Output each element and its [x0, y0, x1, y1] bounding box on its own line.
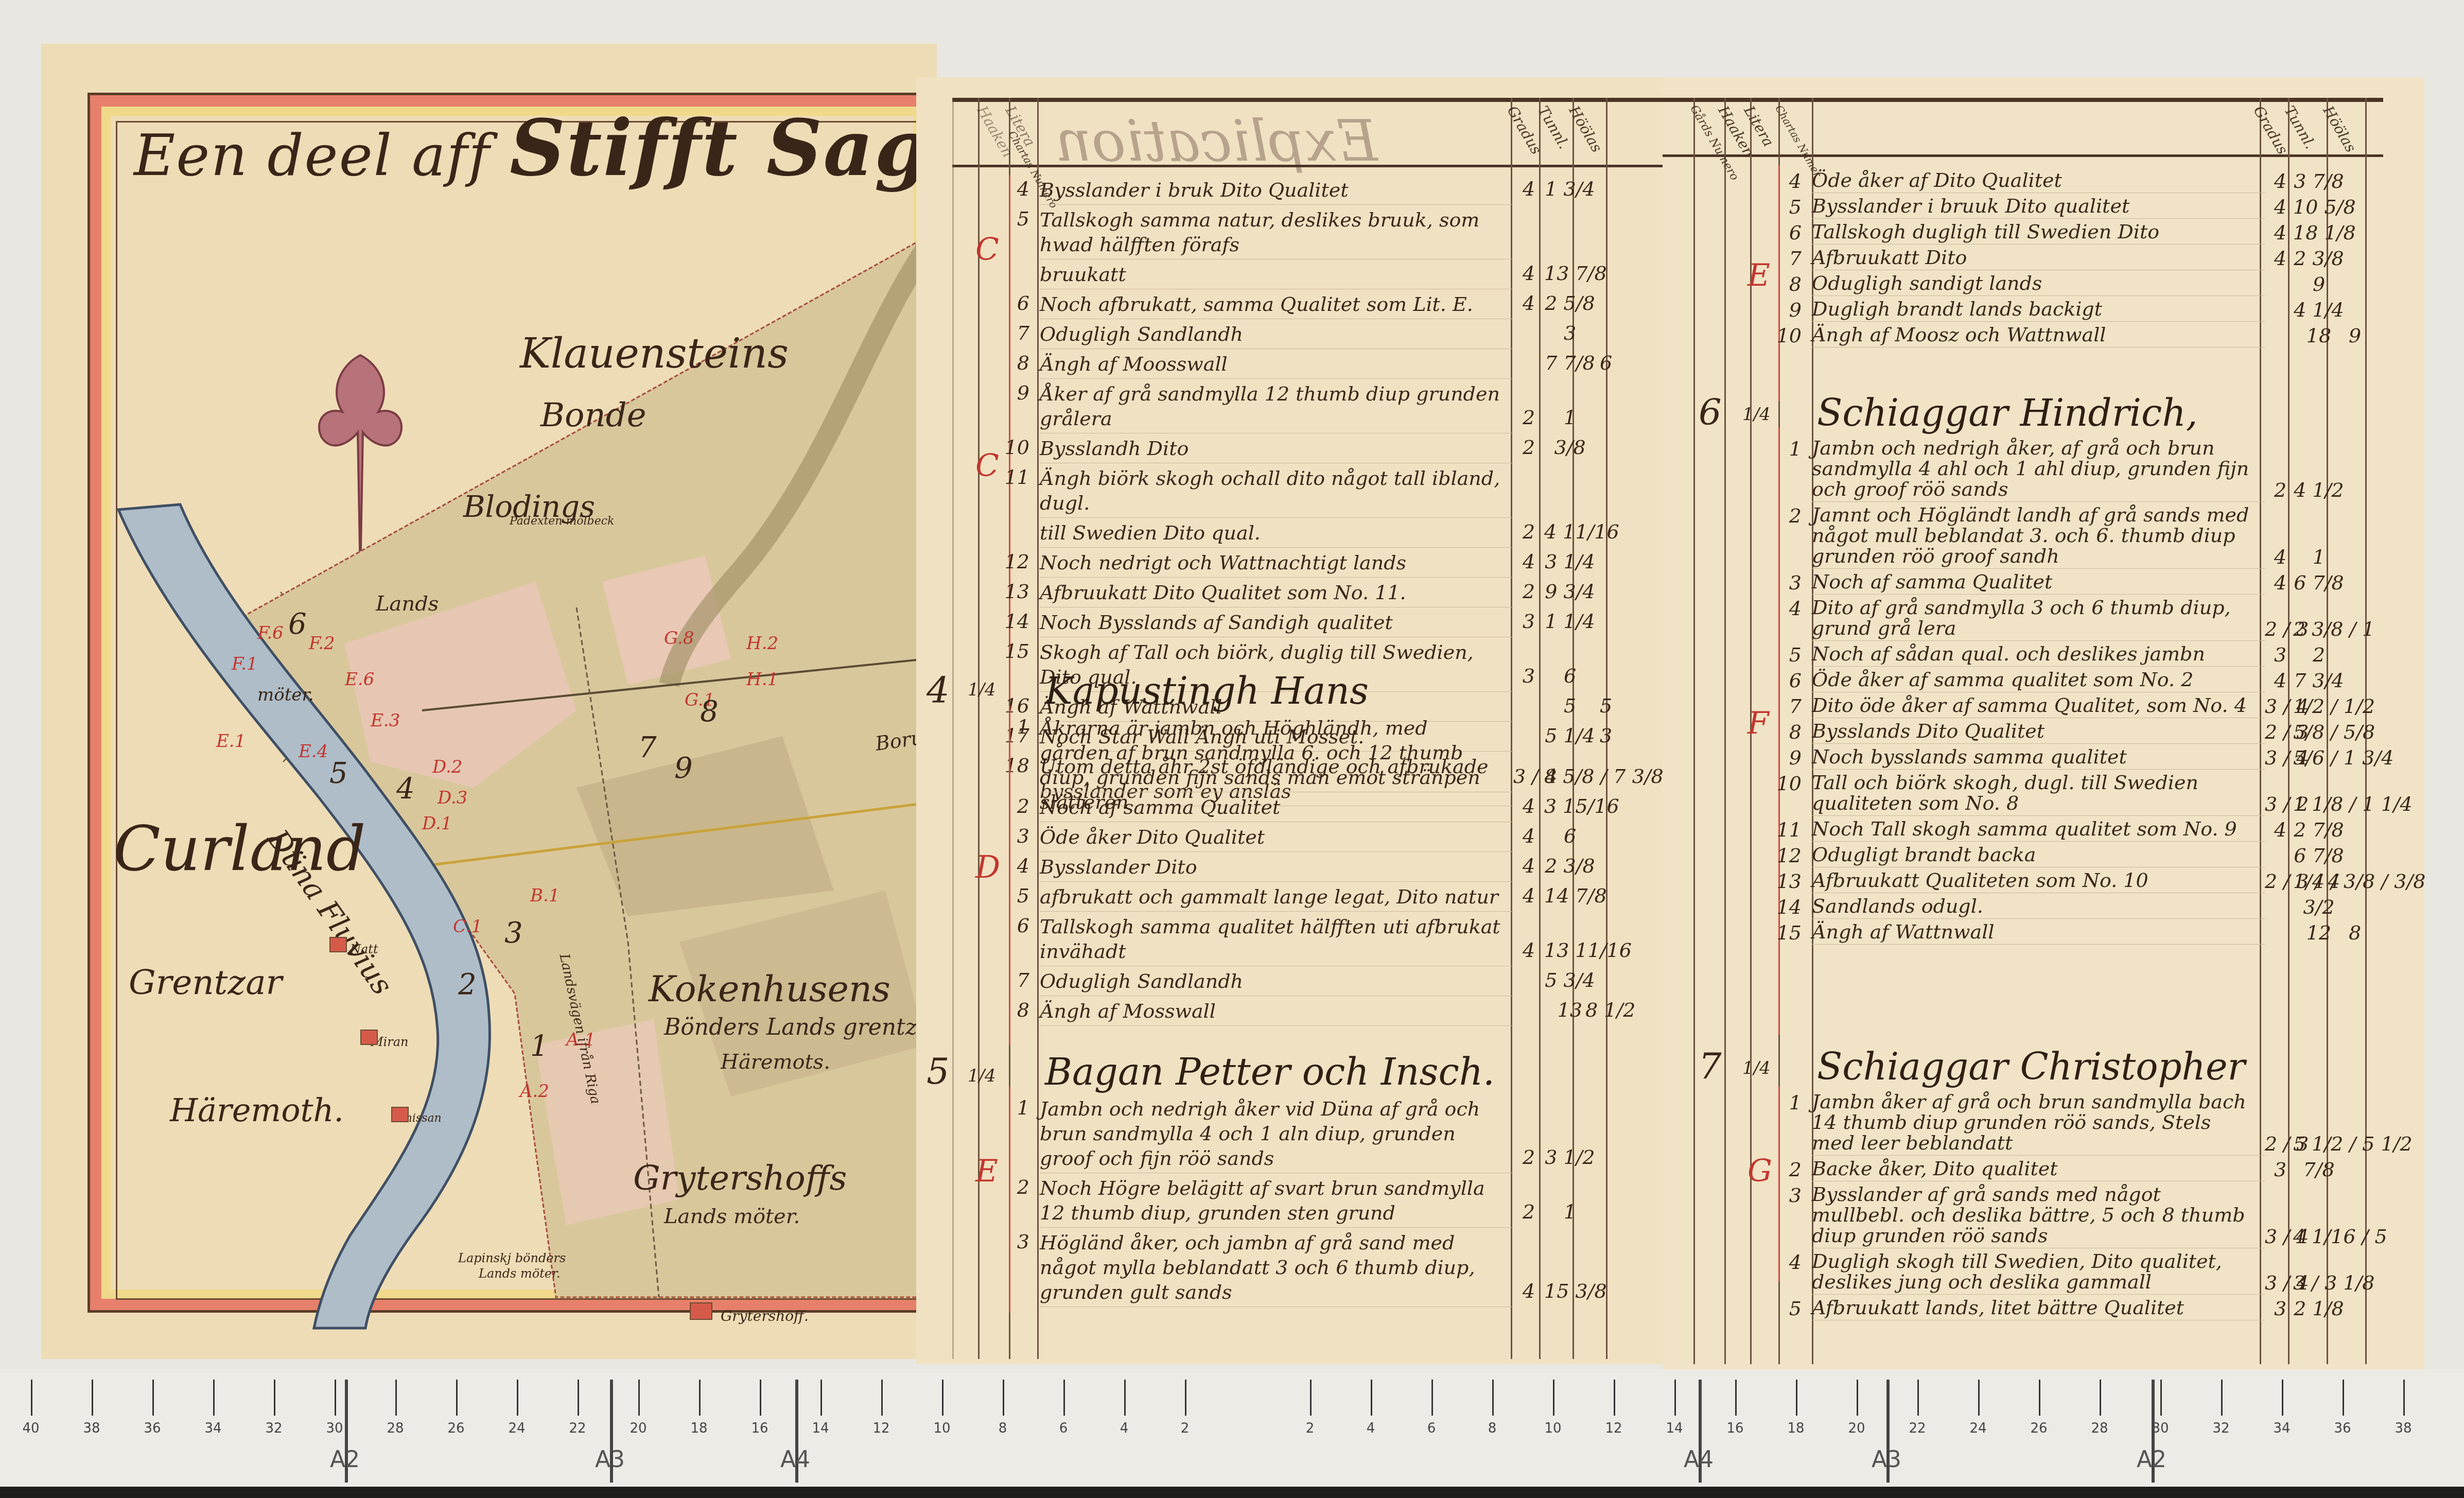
column-rule — [952, 98, 954, 1359]
row-rule — [1040, 349, 1513, 349]
land-description: Bysslander Dito — [1040, 855, 1503, 879]
ruler-tick — [2343, 1380, 2344, 1416]
gradus-value: 3 / 4 — [2265, 746, 2296, 769]
parcel-number: 8 — [700, 695, 719, 728]
hoolas-value: 5 — [1585, 694, 1627, 717]
gradus-value: 2 — [2265, 479, 2296, 501]
ruler-tick-label: 32 — [2212, 1421, 2229, 1436]
ruler-tick — [1185, 1380, 1186, 1416]
row-rule — [1040, 517, 1513, 518]
land-description: Jambn åker af grå och brun sandmylla bac… — [1812, 1091, 2255, 1153]
ruler-tick — [517, 1380, 518, 1416]
tunnland-value: 2 5/8 — [1544, 292, 1596, 315]
row-rule — [1040, 996, 1513, 996]
row-rule — [1812, 244, 2265, 245]
ruler-tick-label: 8 — [999, 1421, 1007, 1436]
land-description: Afbruukatt Dito — [1812, 247, 2255, 268]
tunnland-value: 18 1/8 — [2293, 221, 2345, 244]
row-rule — [1812, 640, 2265, 641]
gradus-value: 3 / 2 — [2265, 793, 2296, 815]
haaken-value: 1/4 — [968, 1066, 996, 1086]
row-rule — [1040, 792, 1513, 792]
row-rule — [1812, 718, 2265, 718]
ruler-tick-label: 16 — [1726, 1421, 1743, 1436]
place-grytershoffs: Grytershoffs — [633, 1158, 847, 1198]
hoolas-value: 9 — [2334, 324, 2375, 347]
land-description: Noch af samma Qualitet — [1812, 571, 2255, 592]
tunnland-value: 15 3/8 — [1544, 1280, 1596, 1302]
ruler-tick — [1063, 1380, 1065, 1416]
gradus-value: 2 — [1513, 1146, 1544, 1169]
ruler-tick-label: 6 — [1059, 1421, 1068, 1436]
ruler-tick — [881, 1380, 883, 1416]
land-description: Åker af grå sandmylla 12 thumb diup grun… — [1040, 381, 1503, 431]
charta-numer: 1 — [1771, 438, 1802, 460]
land-description: Öde åker Dito Qualitet — [1040, 825, 1503, 849]
land-description: Öde åker af samma qualitet som No. 2 — [1812, 669, 2255, 690]
charta-numer: 11 — [1771, 818, 1802, 841]
ruler-tick — [1674, 1380, 1676, 1416]
hoolas-value: 8 1/2 — [1585, 999, 1627, 1021]
ruler-tick — [1431, 1380, 1433, 1416]
paper-size-label: A3 — [595, 1447, 625, 1473]
litera-c-lower: C — [975, 448, 999, 484]
litera-d: D — [975, 849, 1000, 885]
row-rule — [1812, 218, 2265, 219]
parcel-label: D.1 — [422, 813, 452, 834]
ruler-tick — [395, 1380, 397, 1416]
ruler-tick-label: 22 — [1909, 1421, 1926, 1436]
gradus-value: 2 — [1513, 580, 1544, 603]
row-rule — [1812, 692, 2265, 692]
ruler-tick — [1917, 1380, 1919, 1416]
ruler-tick — [2282, 1380, 2283, 1416]
gradus-value: 3 — [1513, 610, 1544, 633]
parcel-number: 5 — [329, 757, 348, 790]
parcel-label: F.1 — [232, 654, 258, 674]
land-description: Ängh af Moosswall — [1040, 352, 1503, 376]
parcel-label: B.1 — [530, 885, 560, 906]
ruler-tick-label: 12 — [872, 1421, 889, 1436]
place-curland: Curland — [113, 813, 366, 885]
land-description: Högländ åker, och jambn af grå sand med … — [1040, 1230, 1503, 1304]
tunnland-value: 5 3/4 — [1544, 969, 1596, 991]
parcel-label: A.2 — [520, 1081, 549, 1102]
ruler-tick-label: 34 — [204, 1421, 221, 1436]
charta-numer: 10 — [1771, 324, 1802, 347]
place-lapinskj-lands: Lands möter. — [479, 1266, 561, 1281]
gradus-value: 4 — [2265, 170, 2296, 193]
tunnland-value: 5/6 / 1 3/4 — [2293, 746, 2345, 769]
tunnland-value: 3/2 — [2293, 896, 2345, 918]
tunnland-value: 1/2 / 1/2 — [2293, 695, 2345, 718]
charta-numer: 5 — [1771, 643, 1802, 666]
row-rule — [1812, 594, 2265, 595]
ruler-tick-label: 14 — [812, 1421, 829, 1436]
column-rule — [1511, 98, 1512, 1359]
charta-numer: 15 — [1771, 921, 1802, 944]
row-rule — [1812, 1294, 2265, 1295]
parcel-label: E.1 — [216, 731, 246, 752]
row-rule — [1040, 204, 1513, 205]
ruler-tick-label: 18 — [690, 1421, 707, 1436]
tunnland-value: 2 — [2293, 643, 2345, 666]
row-rule — [1040, 851, 1513, 852]
row-rule — [1040, 637, 1513, 637]
land-description: Noch Bysslands af Sandigh qualitet — [1040, 610, 1503, 635]
charta-numer: 8 — [999, 352, 1029, 374]
charta-numer: 8 — [1771, 721, 1802, 743]
ruler-tick-label: 36 — [144, 1421, 161, 1436]
gradus-value: 2 — [1513, 520, 1544, 543]
row-rule — [1040, 911, 1513, 912]
hoolas-value: 8 — [2334, 921, 2375, 944]
land-description: Bysslands Dito Qualitet — [1812, 721, 2255, 741]
ruler-tick-label: 28 — [387, 1421, 404, 1436]
ruler-tick — [2160, 1380, 2162, 1416]
land-description: Backe åker, Dito qualitet — [1812, 1158, 2255, 1179]
land-description: Dito af grå sandmylla 3 och 6 thumb diup… — [1812, 597, 2255, 638]
house-icon — [329, 937, 347, 952]
column-rule — [2260, 98, 2261, 1364]
row-rule — [1812, 666, 2265, 667]
gradus-value: 4 — [1513, 855, 1544, 877]
tunnland-value: 4 1/4 — [2293, 299, 2345, 321]
charta-numer: 1 — [999, 1096, 1029, 1119]
land-description: bruukatt — [1040, 262, 1503, 287]
gradus-value: 4 — [1513, 550, 1544, 573]
tunnland-value: 3 1/4 — [1544, 550, 1596, 573]
gradus-value: 4 — [2265, 669, 2296, 692]
ruler-tick — [820, 1380, 822, 1416]
charta-numer: 4 — [999, 178, 1029, 200]
row-rule — [1040, 259, 1513, 259]
gradus-value: 4 — [1513, 939, 1544, 962]
charta-numer: 6 — [999, 914, 1029, 937]
row-rule — [1812, 867, 2265, 867]
land-description: Noch af sådan qual. och deslikes jambn — [1812, 643, 2255, 664]
gards-numero: 7 — [1699, 1045, 1722, 1087]
charta-numer: 7 — [1771, 247, 1802, 270]
charta-numer: 10 — [1771, 772, 1802, 795]
gradus-value: 4 — [2265, 247, 2296, 270]
charta-numer: 3 — [999, 1230, 1029, 1253]
tunnland-value: 8 5/8 / 7 3/8 — [1544, 765, 1596, 788]
litera-e: E — [975, 1153, 998, 1189]
parcel-number: 1 — [530, 1030, 549, 1063]
tunnland-value: 9 — [2293, 273, 2345, 295]
gradus-value: 4 — [2265, 196, 2296, 218]
ruler-tick — [2039, 1380, 2040, 1416]
ruler-tick-label: 38 — [83, 1421, 100, 1436]
ruler-tick-label: 10 — [933, 1421, 950, 1436]
ruler-tick — [1371, 1380, 1372, 1416]
land-description: afbrukatt och gammalt lange legat, Dito … — [1040, 884, 1503, 909]
charta-numer: 5 — [1771, 1297, 1802, 1320]
land-description: Ängh biörk skogh ochall dito något tall … — [1040, 466, 1503, 515]
gradus-value: 3 — [1513, 665, 1544, 687]
land-description: Tallskogh samma qualitet hälfften uti af… — [1040, 914, 1503, 964]
ruler-tick — [92, 1380, 93, 1416]
land-description: till Swedien Dito qual. — [1040, 520, 1503, 545]
charta-numer: 1 — [999, 716, 1029, 738]
row-rule — [1040, 966, 1513, 966]
house-icon — [391, 1107, 409, 1122]
land-description: Tallskogh samma natur, deslikes bruuk, s… — [1040, 207, 1503, 257]
row-rule — [1812, 815, 2265, 816]
row-rule — [1040, 319, 1513, 319]
gradus-value: 2 / 3 — [2265, 721, 2296, 743]
charta-numer: 5 — [999, 207, 1029, 230]
charta-numer: 2 — [1771, 1158, 1802, 1181]
land-description: Odugligh sandigt lands — [1812, 273, 2255, 293]
land-description: Bysslander i bruuk Dito qualitet — [1812, 196, 2255, 216]
parcel-label: H.1 — [746, 669, 778, 690]
charta-numer: 15 — [999, 640, 1029, 663]
row-rule — [1812, 1248, 2265, 1248]
ruler-tick — [1553, 1380, 1554, 1416]
parcel-number: 2 — [458, 968, 477, 1001]
row-rule — [1040, 1025, 1513, 1026]
haaken-value: 1/4 — [1742, 1058, 1771, 1078]
gradus-value: 3 — [2265, 643, 2296, 666]
charta-numer: 4 — [999, 855, 1029, 877]
column-rule — [1724, 98, 1726, 1364]
land-description: Bysslandh Dito — [1040, 436, 1503, 461]
land-description: Noch nedrigt och Wattnachtigt lands — [1040, 550, 1503, 575]
parcel-number: 9 — [674, 752, 693, 785]
header-rule-bottom — [952, 165, 1663, 167]
gradus-value: 4 — [2265, 221, 2296, 244]
tunnland-value: 6 7/8 — [2293, 571, 2345, 594]
ruler-tick-label: 28 — [2091, 1421, 2108, 1436]
ruler-tick-label: 32 — [265, 1421, 282, 1436]
ruler-tick-label: 36 — [2334, 1421, 2351, 1436]
gradus-value: 3 / 4 — [1513, 765, 1544, 788]
row-rule — [1812, 193, 2265, 193]
place-padexten: Padexten mölbeck — [510, 515, 614, 528]
ruler-tick-label: 26 — [2030, 1421, 2047, 1436]
land-description: Odugligh Sandlandh — [1040, 969, 1503, 994]
land-description: Noch Högre belägitt af svart brun sandmy… — [1040, 1176, 1503, 1225]
gradus-value: 4 — [1513, 1280, 1544, 1302]
tunnland-value: 3 7/8 — [2293, 170, 2345, 193]
parcel-number: 4 — [396, 772, 415, 806]
land-description: Jambn och nedrigh åker vid Düna af grå o… — [1040, 1096, 1503, 1171]
tunnland-value: 13 11/16 — [1544, 939, 1596, 962]
gradus-value: 4 — [1513, 795, 1544, 817]
ruler-tick — [1978, 1380, 1980, 1416]
house-icon — [360, 1030, 378, 1045]
charta-numer: 8 — [1771, 273, 1802, 295]
tunnland-value: 7/8 — [2293, 1158, 2345, 1181]
gradus-value: 2 / 3 — [2265, 618, 2296, 640]
house-icon — [690, 1302, 712, 1320]
place-klauensteins: Klauensteins — [520, 329, 789, 377]
place-lands-motter: Lands möter. — [664, 1205, 800, 1228]
row-rule — [1040, 463, 1513, 463]
hoolas-value: 6 — [1585, 352, 1627, 374]
charta-numer: 14 — [999, 610, 1029, 633]
gradus-value: 4 — [2265, 818, 2296, 841]
row-rule — [1812, 568, 2265, 569]
ruler-edge — [0, 1487, 2464, 1498]
hoolas-value: 3 — [1585, 724, 1627, 747]
charta-numer: 12 — [1771, 844, 1802, 867]
ruler-tick — [1003, 1380, 1004, 1416]
gradus-value: 2 / 3 — [2265, 1133, 2296, 1155]
ruler-tick — [1310, 1380, 1312, 1416]
tunnland-value: 2 7/8 — [2293, 818, 2345, 841]
land-description: Sandlands odugl. — [1812, 896, 2255, 916]
charta-numer: 12 — [999, 550, 1029, 573]
gradus-value: 2 — [1513, 406, 1544, 429]
tunnland-value: 6 — [1544, 825, 1596, 847]
parcel-label: E.6 — [345, 669, 374, 690]
row-rule — [1040, 1173, 1513, 1173]
gradus-value: 3 / 4 — [2265, 1225, 2296, 1248]
parcel-number: 3 — [504, 916, 523, 950]
land-description: Afbruukatt lands, litet bättre Qualitet — [1812, 1297, 2255, 1318]
land-description: Ängh af Mosswall — [1040, 999, 1503, 1023]
tunnland-value: 3 1/2 — [1544, 1146, 1596, 1169]
tunnland-value: 1 — [1544, 406, 1596, 429]
charta-numer: 16 — [999, 694, 1029, 717]
ruler-tick-label: 4 — [1120, 1421, 1129, 1436]
row-rule — [1040, 547, 1513, 548]
tunnland-value: 3 / 3 1/8 — [2293, 1271, 2345, 1294]
tunnland-value: 9 3/4 — [1544, 580, 1596, 603]
land-description: Dugligh brandt lands backigt — [1812, 299, 2255, 319]
place-bonde: Bonde — [540, 396, 646, 434]
ruler-tick-label: 18 — [1787, 1421, 1804, 1436]
ruler-tick — [1735, 1380, 1737, 1416]
ruler-tick — [456, 1380, 458, 1416]
charta-numer: 9 — [1771, 299, 1802, 321]
ruler-tick — [335, 1380, 336, 1416]
gradus-value: 2 / 3 / 4 — [2265, 870, 2296, 893]
tunnland-value: 2 3/8 / 1 — [2293, 618, 2345, 640]
place-grentzar: Grentzar — [129, 963, 282, 1002]
tunnland-value: 3 15/16 — [1544, 795, 1596, 817]
parcel-number: 6 — [288, 607, 307, 641]
tunnland-value: 4 1/16 / 5 — [2293, 1225, 2345, 1248]
charta-numer: 9 — [1771, 746, 1802, 769]
litera-c-upper: C — [975, 232, 999, 268]
charta-numer: 3 — [999, 825, 1029, 847]
litera-brace — [1009, 1086, 1010, 1313]
ruler-tick-label: 8 — [1488, 1421, 1497, 1436]
row-rule — [1040, 1227, 1513, 1228]
row-rule — [1812, 347, 2265, 347]
tunnland-value: 2 1/8 — [2293, 1297, 2345, 1320]
charta-numer: 6 — [1771, 669, 1802, 692]
ruler-tick — [2221, 1380, 2223, 1416]
parcel-label: D.2 — [432, 757, 463, 777]
gradus-value: 4 — [1513, 292, 1544, 315]
land-description: Öde åker af Dito Qualitet — [1812, 170, 2255, 190]
tunnland-value: 14 7/8 — [1544, 884, 1596, 907]
parcel-label: D.3 — [438, 788, 468, 808]
litera-e: E — [1747, 257, 1770, 293]
ruler-tick — [942, 1380, 943, 1416]
land-description: Afbruukatt Dito Qualitet som No. 11. — [1040, 580, 1503, 605]
row-rule — [1812, 295, 2265, 296]
gards-numero: 6 — [1699, 391, 1722, 433]
row-rule — [1040, 1307, 1513, 1307]
ruler-tick — [1857, 1380, 1858, 1416]
ruler-tick-label: 24 — [1969, 1421, 1986, 1436]
charta-numer: 13 — [999, 580, 1029, 603]
gradus-value: 4 — [1513, 825, 1544, 847]
charta-numer: 4 — [1771, 170, 1802, 193]
row-rule — [1812, 321, 2265, 322]
land-description: Odugligh Sandlandh — [1040, 322, 1503, 346]
tunnland-value: 2 3/8 — [1544, 855, 1596, 877]
place-haremoth: Häremoth. — [170, 1091, 344, 1129]
tunnland-value: 6 — [1544, 665, 1596, 687]
land-description: Jamnt och Högländt landh af grå sands me… — [1812, 504, 2255, 566]
land-description: Tallskogh dugligh till Swedien Dito — [1812, 221, 2255, 242]
place-haremots: Häremots. — [721, 1050, 830, 1074]
ruler-tick-label: 16 — [751, 1421, 768, 1436]
ruler-tick — [213, 1380, 215, 1416]
paper-size-label: A4 — [1684, 1447, 1714, 1473]
ruler-tick — [760, 1380, 761, 1416]
ruler-tick-label: 10 — [1544, 1421, 1561, 1436]
charta-numer: 7 — [999, 322, 1029, 344]
tunnland-value: 1 — [1544, 1200, 1596, 1223]
row-rule — [1040, 881, 1513, 882]
ruler-tick-label: 24 — [508, 1421, 525, 1436]
land-description: Noch af samma Qualitet — [1040, 795, 1503, 820]
charta-numer: 7 — [1771, 695, 1802, 718]
ruler-tick — [2403, 1380, 2405, 1416]
gards-numero: 5 — [927, 1050, 950, 1092]
row-rule — [1040, 607, 1513, 607]
row-rule — [1812, 743, 2265, 744]
row-rule — [1040, 577, 1513, 578]
place-natt: Natt — [350, 942, 378, 956]
owner-name: Schiaggar Christopher — [1817, 1045, 2245, 1088]
charta-numer: 2 — [999, 1176, 1029, 1198]
charta-numer: 11 — [999, 466, 1029, 489]
parcel-label: F.6 — [257, 623, 284, 643]
charta-numer: 6 — [999, 292, 1029, 315]
ruler-tick — [1124, 1380, 1126, 1416]
place-lands: Lands — [376, 592, 439, 616]
land-description: Ängh af Moosz och Wattnwall — [1812, 324, 2255, 345]
tunnland-value: 1/4 / 3/8 / 3/8 — [2293, 870, 2345, 893]
row-rule — [1812, 501, 2265, 502]
row-rule — [1812, 1155, 2265, 1156]
parcel-label: A.1 — [566, 1030, 596, 1050]
charta-numer: 1 — [1771, 1091, 1802, 1114]
gradus-value: 3 / 4 — [2265, 695, 2296, 718]
charta-numer: 5 — [999, 884, 1029, 907]
gradus-value: 4 — [1513, 884, 1544, 907]
gradus-value: 2 — [1513, 1200, 1544, 1223]
parcel-label: C.1 — [453, 916, 482, 937]
gradus-value: 3 — [2265, 1297, 2296, 1320]
tunnland-value: 3/8 — [1544, 436, 1596, 459]
gradus-value: 4 — [1513, 178, 1544, 200]
tunnland-value: 7 3/4 — [2293, 669, 2345, 692]
column-rule — [1539, 98, 1541, 1359]
row-rule — [1812, 944, 2265, 945]
gradus-value: 3 — [2265, 1158, 2296, 1181]
parcel-label: H.2 — [746, 633, 778, 654]
